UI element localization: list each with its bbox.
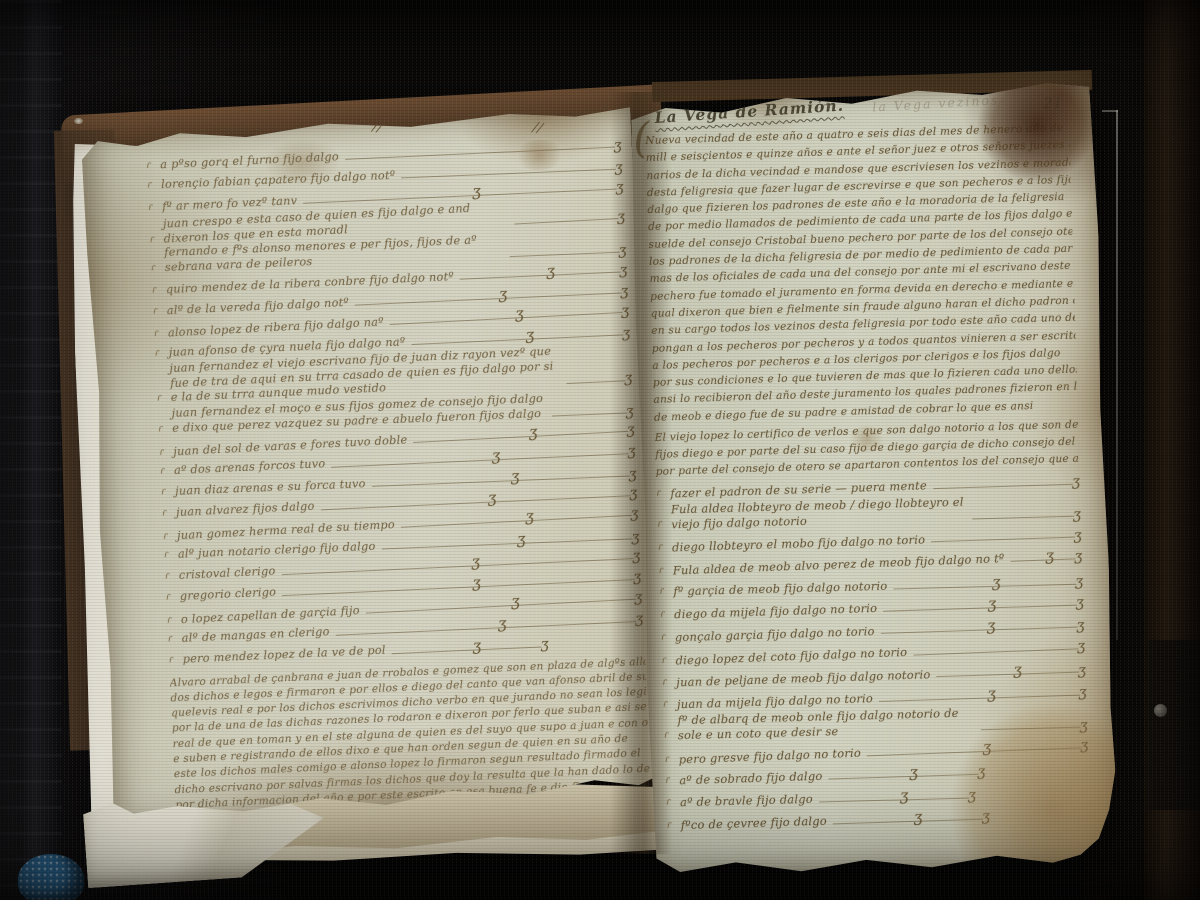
margin-tick-icon: ɾ <box>667 818 681 833</box>
rubric-flourish-icon: ʒ <box>617 209 626 224</box>
rubric-flourish-icon: ʒ <box>626 422 635 437</box>
rubric-flourish-icon: ʒ <box>498 287 507 302</box>
margin-tick-icon: ɾ <box>163 528 178 543</box>
entry-rule-line <box>552 412 627 416</box>
entry-rule-line: ʒ <box>937 672 1079 677</box>
rubric-flourish-icon: ʒ <box>987 686 996 701</box>
entry-rule-line <box>931 537 1074 543</box>
rubric-flourish-icon: ʒ <box>498 616 507 631</box>
entry-rule-line <box>913 648 1078 655</box>
rubric-flourish-icon: ʒ <box>546 263 555 278</box>
opening-paren-flourish: ( <box>633 129 650 147</box>
margin-tick-icon: ɾ <box>166 590 181 605</box>
margin-tick-icon: ɾ <box>168 653 183 668</box>
margin-tick-icon: ɾ <box>165 569 180 584</box>
rubric-flourish-icon: ʒ <box>1078 663 1087 678</box>
rubric-flourish-icon: ʒ <box>633 570 642 585</box>
rubric-flourish-icon: ʒ <box>635 612 644 627</box>
margin-tick-icon: ɾ <box>664 752 679 767</box>
rubric-flourish-icon: ʒ <box>1076 595 1085 610</box>
entry-rule-line: ʒ <box>829 773 979 779</box>
stand-bracket <box>1146 640 1200 810</box>
rubric-flourish-icon: ʒ <box>529 424 538 439</box>
rubric-flourish-icon: ʒ <box>622 326 631 341</box>
rubric-flourish-icon: ʒ <box>515 306 524 321</box>
rubric-flourish-icon: ʒ <box>525 508 534 523</box>
rubric-flourish-icon: ʒ <box>621 303 630 318</box>
rubric-flourish-icon: ʒ <box>614 160 623 175</box>
rubric-flourish-icon: ʒ <box>491 448 500 463</box>
rubric-flourish-icon: ʒ <box>631 529 640 544</box>
left-page: // // ɾ a pºso gorq el furno fijo dalgo … <box>81 106 662 820</box>
rubric-flourish-icon: ʒ <box>613 138 622 153</box>
margin-tick-icon: ɾ <box>666 795 680 810</box>
rubric-flourish-icon: ʒ <box>987 618 996 633</box>
entry-rule-line <box>510 252 620 257</box>
rubric-flourish-icon: ʒ <box>628 466 637 481</box>
margin-tick-icon: ɾ <box>658 540 672 555</box>
margin-tick-icon: ɾ <box>656 486 670 501</box>
entry-rule-line <box>933 483 1073 488</box>
rubric-flourish-icon: ʒ <box>615 180 624 195</box>
rubric-flourish-icon: ʒ <box>627 444 636 459</box>
rubric-flourish-icon: ʒ <box>472 638 481 653</box>
margin-tick-icon: ɾ <box>157 391 172 406</box>
rubric-flourish-icon: ʒ <box>517 531 526 546</box>
main-paragraph: ( Nueva vecindad de este año a quatro e … <box>645 120 1078 427</box>
main-paragraph-lines: Nueva vecindad de este año a quatro e se… <box>645 120 1078 427</box>
rubric-flourish-icon: ʒ <box>1076 618 1085 633</box>
margin-tick-icon: ɾ <box>159 444 174 459</box>
clasp-glint <box>74 118 83 124</box>
rubric-flourish-icon: ʒ <box>982 739 991 754</box>
rubric-flourish-icon: ʒ <box>968 788 977 803</box>
margin-tick-icon: ɾ <box>154 346 169 361</box>
entry-rule-line: ʒ <box>867 746 1081 755</box>
entry-rule-line: ʒ <box>879 694 1080 701</box>
rubric-flourish-icon: ʒ <box>1013 662 1022 677</box>
rubric-flourish-icon: ʒ <box>1078 685 1087 700</box>
margin-tick-icon: ɾ <box>665 773 679 788</box>
rubric-flourish-icon: ʒ <box>624 371 633 386</box>
margin-tick-icon: ɾ <box>160 464 175 479</box>
entry-text: cristoval clerigo <box>179 564 276 583</box>
entry-rule-line: ʒ <box>833 818 983 824</box>
margin-tick-icon: ɾ <box>657 516 671 531</box>
margin-tick-icon: ɾ <box>663 697 677 712</box>
rubric-flourish-icon: ʒ <box>471 554 480 569</box>
margin-tick-icon: ɾ <box>659 584 673 599</box>
rubric-flourish-icon: ʒ <box>977 765 986 780</box>
rubric-flourish-icon: ʒ <box>1077 639 1086 654</box>
rubric-flourish-icon: ʒ <box>909 764 918 779</box>
rubric-flourish-icon: ʒ <box>1080 738 1089 753</box>
entry-rule-line <box>514 218 618 224</box>
faint-inscription: la Vega vezinos <box>872 92 1000 114</box>
manuscript-photo: // // ɾ a pºso gorq el furno fijo dalgo … <box>0 0 1200 900</box>
entry-rule-line: ʒ <box>883 604 1077 611</box>
entry-text: fºco de çevree fijo dalgo <box>681 814 828 833</box>
table-edge-left <box>0 0 62 900</box>
margin-tick-icon: ɾ <box>661 630 675 645</box>
rubric-flourish-icon: ʒ <box>487 490 496 505</box>
margin-tick-icon: ɾ <box>149 232 164 247</box>
rubric-flourish-icon: ʒ <box>900 787 909 802</box>
margin-tick-icon: ɾ <box>661 654 676 669</box>
rubric-flourish-icon: ʒ <box>1072 475 1081 490</box>
margin-tick-icon: ɾ <box>152 283 167 298</box>
rubric-flourish-icon: ʒ <box>511 468 520 483</box>
margin-tick-icon: ɾ <box>153 304 168 319</box>
margin-tick-icon: ɾ <box>158 421 173 436</box>
bolt-head <box>1154 704 1167 717</box>
entry-text: pero mendez lopez de la ve de pol <box>182 644 386 668</box>
rubric-flourish-icon: ʒ <box>1074 549 1083 564</box>
margin-tick-icon: ɾ <box>148 200 163 215</box>
entry-rule-line: ʒ <box>1011 558 1076 561</box>
margin-tick-icon: ɾ <box>146 158 161 173</box>
rubric-flourish-icon: ʒ <box>988 596 997 611</box>
rubric-flourish-icon: ʒ <box>1073 507 1082 522</box>
entry-rule-line: ʒ <box>893 583 1076 589</box>
entry-rule-line: ʒ <box>392 646 542 654</box>
right-page: La Vega de Ramión. + la Vega vezinos 21 … <box>628 79 1118 879</box>
rubric-flourish-icon: ʒ <box>1045 548 1054 563</box>
rubric-flourish-icon: ʒ <box>634 589 643 604</box>
entry-text: aº de sobrado fijo dalgo <box>679 769 823 788</box>
rubric-flourish-icon: ʒ <box>472 184 481 199</box>
rubric-flourish-icon: ʒ <box>630 505 639 520</box>
margin-tick-icon: ɾ <box>664 727 678 742</box>
rubric-flourish-icon: ʒ <box>1075 574 1084 589</box>
margin-tick-icon: ɾ <box>151 260 166 275</box>
rubric-flourish-icon: ʒ <box>511 593 520 608</box>
margin-tick-icon: ɾ <box>167 632 182 647</box>
margin-tick-icon: ɾ <box>659 564 674 579</box>
rubric-flourish-icon: ʒ <box>992 574 1001 589</box>
entry-rule-line: ʒ <box>460 271 620 279</box>
entry-rule-line <box>972 515 1074 519</box>
rubric-flourish-icon: ʒ <box>618 243 627 258</box>
margin-tick-icon: ɾ <box>167 612 182 627</box>
entry-rule-line <box>981 726 1081 730</box>
rubric-flourish-icon: ʒ <box>525 327 534 342</box>
entry-rule-line <box>566 380 625 384</box>
left-census-list: ɾ a pºso gorq el furno fijo dalgo ʒ ɾ lo… <box>146 132 645 668</box>
rubric-flourish-icon: ʒ <box>629 486 638 501</box>
entry-rule-line: ʒ <box>819 797 969 802</box>
margin-tick-icon: ɾ <box>162 506 177 521</box>
margin-tick-icon: ɾ <box>660 607 674 622</box>
folio-number: 21 <box>1043 94 1063 113</box>
rubric-flourish-icon: ʒ <box>620 284 629 299</box>
rubric-flourish-icon: ʒ <box>619 263 628 278</box>
entry-text: gregorio clerigo <box>180 585 277 604</box>
rubric-flourish-icon: ʒ <box>1079 718 1088 733</box>
rubric-flourish-icon: ʒ <box>472 575 481 590</box>
margin-tick-icon: ɾ <box>662 675 676 690</box>
rubric-flourish-icon: ʒ <box>1073 528 1082 543</box>
rubric-flourish-icon: ʒ <box>632 549 641 564</box>
margin-tick-icon: ɾ <box>154 326 169 341</box>
rubric-flourish-icon: ʒ <box>982 810 991 825</box>
entry-text: aº de bravle fijo dalgo <box>680 791 813 809</box>
rubric-flourish-icon: ʒ <box>540 637 549 652</box>
margin-tick-icon: ɾ <box>161 484 176 499</box>
margin-tick-icon: ɾ <box>147 178 162 193</box>
slash-marks-icon: // <box>531 119 543 137</box>
right-census-list: ɾ fazer el padron de su serie — puera me… <box>656 468 1091 834</box>
rubric-flourish-icon: ʒ <box>914 809 923 824</box>
margin-tick-icon: ɾ <box>164 547 179 562</box>
